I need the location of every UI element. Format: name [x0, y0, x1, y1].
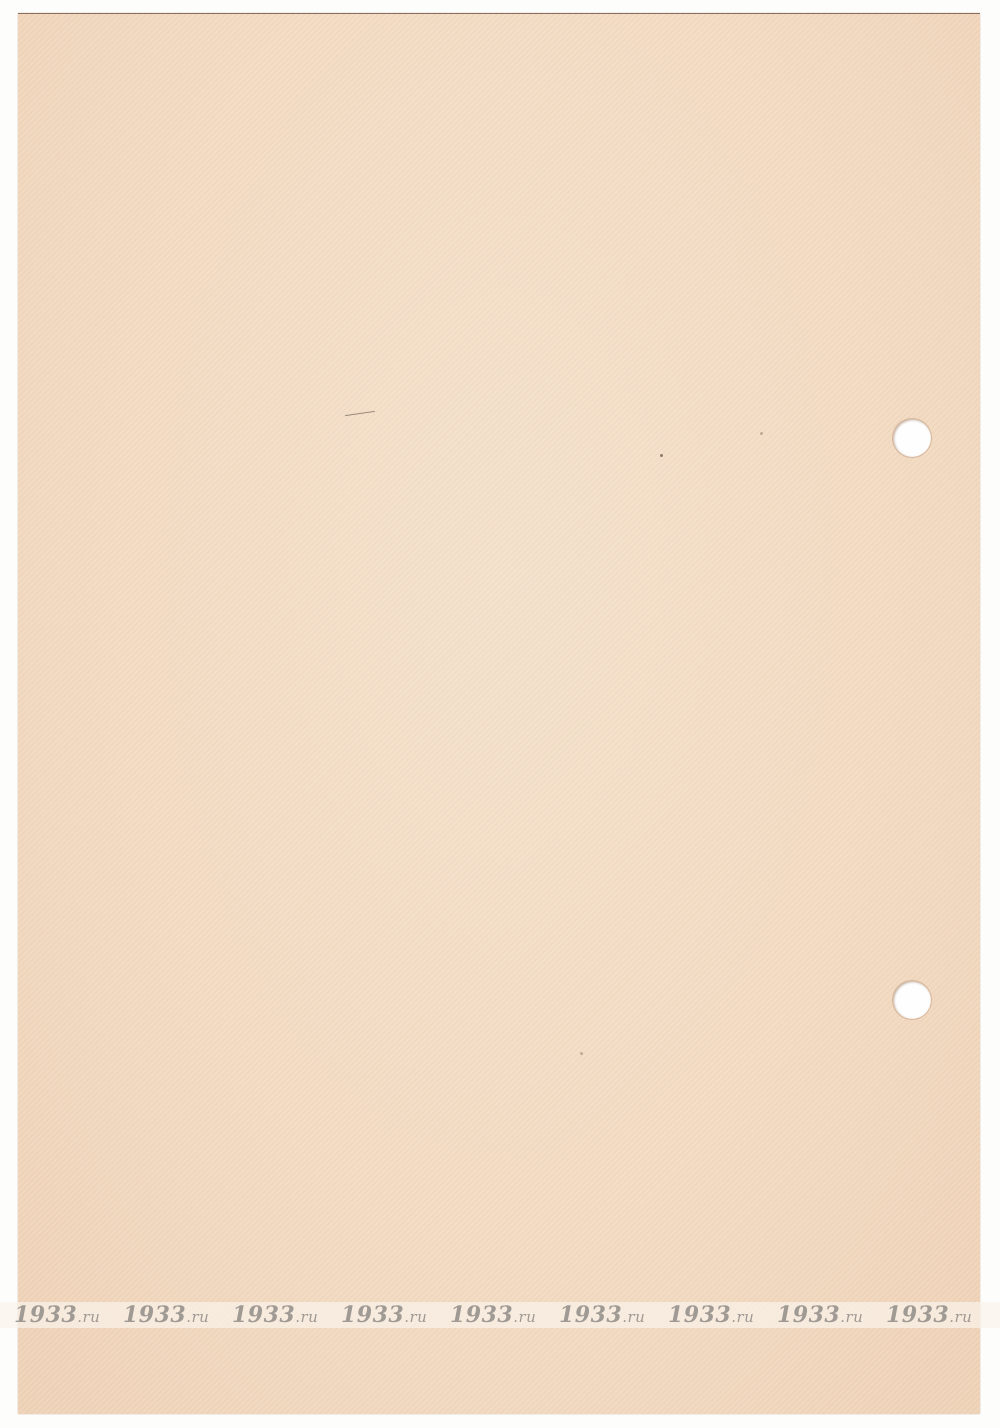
punch-hole-bottom [893, 981, 931, 1019]
paper-speck [660, 454, 663, 457]
watermark-text: 1933.ru [218, 1302, 327, 1328]
punch-hole-top [893, 419, 931, 457]
watermark-text: 1933.ru [327, 1302, 436, 1328]
watermark-text: 1933.ru [436, 1302, 545, 1328]
watermark-text: 1933.ru [872, 1302, 981, 1328]
paper-sheet [18, 13, 980, 1414]
watermark-text: 1933.ru [109, 1302, 218, 1328]
paper-speck [760, 432, 763, 435]
watermark-strip: 1933.ru 1933.ru 1933.ru 1933.ru 1933.ru … [0, 1302, 1000, 1328]
watermark-text: 1933.ru [0, 1302, 109, 1328]
paper-speck [580, 1052, 583, 1055]
watermark-text: 1933.ru [654, 1302, 763, 1328]
watermark-text: 1933.ru [545, 1302, 654, 1328]
watermark-text: 1933.ru [763, 1302, 872, 1328]
